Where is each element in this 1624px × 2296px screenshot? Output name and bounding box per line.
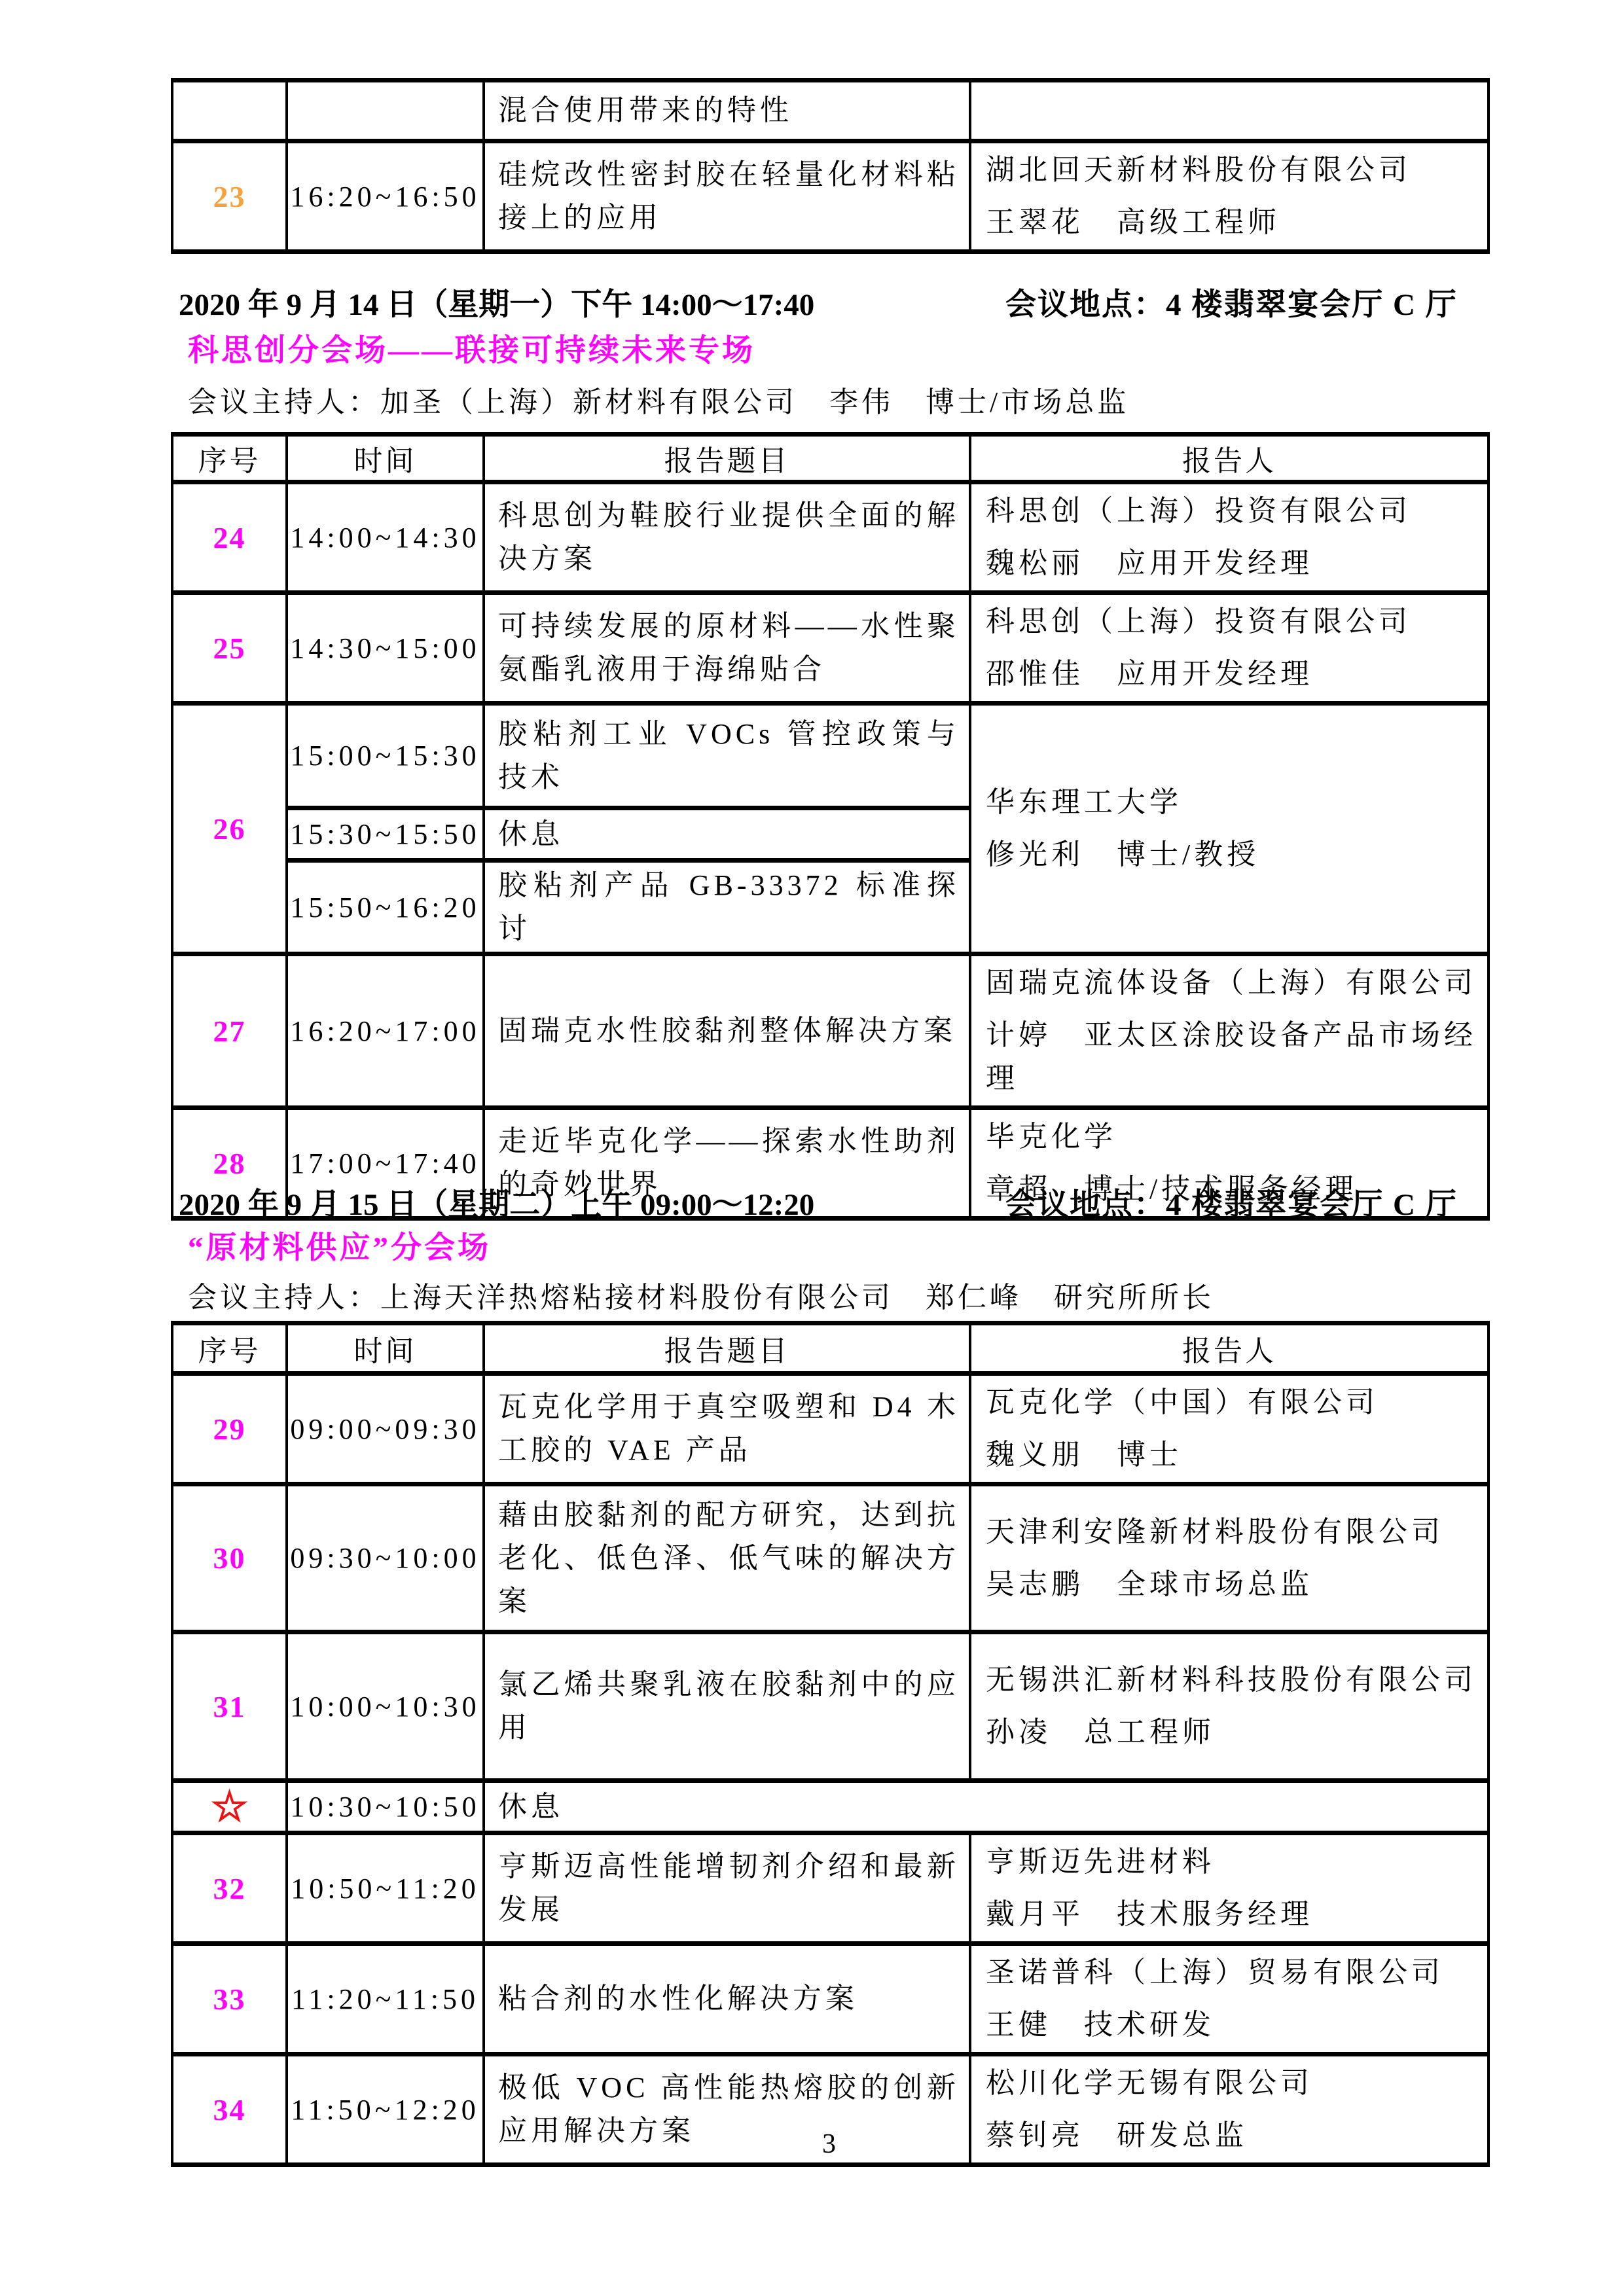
- table-row: 23 16:20~16:50 硅烷改性密封胶在轻量化材料粘接上的应用 湖北回天新…: [172, 141, 1489, 252]
- row-no-cell: 29: [172, 1374, 287, 1484]
- session1-heading: 2020 年 9 月 14 日（星期一）下午 14:00～17:40 会议地点：…: [179, 286, 1488, 324]
- session2-heading: 2020 年 9 月 15 日（星期二）上午 09:00～12:20 会议地点：…: [179, 1186, 1488, 1224]
- talk-number: 31: [213, 1690, 246, 1723]
- row-no-cell: 25: [172, 593, 287, 704]
- schedule-table-session1: 序号 时间 报告题目 报告人 24 14:00~14:30 科思创为鞋胶行业提供…: [171, 432, 1490, 1221]
- talk-title: 氯乙烯共聚乳液在胶黏剂中的应用: [498, 1663, 960, 1749]
- row-title-cell: 胶粘剂工业 VOCs 管控政策与技术: [484, 704, 970, 808]
- table-row: 32 10:50~11:20 亨斯迈高性能增韧剂介绍和最新发展 亨斯迈先进材料 …: [172, 1833, 1489, 1944]
- speaker-company: 圣诺普科（上海）贸易有限公司: [986, 1951, 1478, 1994]
- row-time-cell: 10:00~10:30: [287, 1632, 484, 1781]
- row-time-cell: 15:00~15:30: [287, 704, 484, 808]
- row-time-cell: 14:00~14:30: [287, 482, 484, 593]
- table-header-row: 序号 时间 报告题目 报告人: [172, 435, 1489, 482]
- break-label: 休息: [498, 1785, 1478, 1829]
- row-title-cell: 可持续发展的原材料——水性聚氨酯乳液用于海绵贴合: [484, 593, 970, 704]
- speaker-person: 戴月平 技术服务经理: [986, 1893, 1478, 1936]
- row-time-cell: 09:30~10:00: [287, 1484, 484, 1632]
- row-no-cell: 32: [172, 1833, 287, 1944]
- talk-title: 粘合剂的水性化解决方案: [498, 1977, 960, 2020]
- session1-venue: 会议地点：4 楼翡翠宴会厅 C 厅: [1005, 286, 1458, 324]
- speaker-person: 王翠花 高级工程师: [986, 201, 1478, 244]
- talk-number: 28: [213, 1147, 246, 1180]
- row-no-cell: 23: [172, 141, 287, 252]
- row-time-cell: [287, 81, 484, 141]
- speaker-company: 湖北回天新材料股份有限公司: [986, 149, 1478, 192]
- row-no-cell: 30: [172, 1484, 287, 1632]
- talk-number: 27: [213, 1014, 246, 1048]
- speaker-person: 邵惟佳 应用开发经理: [986, 653, 1478, 696]
- speaker-company: 瓦克化学（中国）有限公司: [986, 1381, 1478, 1424]
- row-speaker-cell: 天津利安隆新材料股份有限公司 吴志鹏 全球市场总监: [970, 1484, 1489, 1632]
- row-no-cell: 24: [172, 482, 287, 593]
- session2-subtitle: “原材料供应”分会场: [188, 1230, 491, 1266]
- row-no-cell: 27: [172, 954, 287, 1108]
- talk-title: 藉由胶黏剂的配方研究，达到抗老化、低色泽、低气味的解决方案: [498, 1494, 960, 1623]
- table-row: 33 11:20~11:50 粘合剂的水性化解决方案 圣诺普科（上海）贸易有限公…: [172, 1944, 1489, 2054]
- table-row: 24 14:00~14:30 科思创为鞋胶行业提供全面的解决方案 科思创（上海）…: [172, 482, 1489, 593]
- row-title-cell: 亨斯迈高性能增韧剂介绍和最新发展: [484, 1833, 970, 1944]
- talk-number: 23: [213, 180, 246, 213]
- row-title-cell: 混合使用带来的特性: [484, 81, 970, 141]
- row-no-cell: 33: [172, 1944, 287, 2054]
- header-no: 序号: [172, 1323, 287, 1374]
- header-time: 时间: [287, 1323, 484, 1374]
- speaker-person: 魏松丽 应用开发经理: [986, 542, 1478, 585]
- row-no-cell: 31: [172, 1632, 287, 1781]
- table-row: 31 10:00~10:30 氯乙烯共聚乳液在胶黏剂中的应用 无锡洪汇新材料科技…: [172, 1632, 1489, 1781]
- speaker-company: 无锡洪汇新材料科技股份有限公司: [986, 1659, 1478, 1702]
- row-speaker-cell: 瓦克化学（中国）有限公司 魏义朋 博士: [970, 1374, 1489, 1484]
- row-speaker-cell: 固瑞克流体设备（上海）有限公司 计婷 亚太区涂胶设备产品市场经理: [970, 954, 1489, 1108]
- table-row-break: ☆ 10:30~10:50 休息: [172, 1781, 1489, 1833]
- header-title: 报告题目: [484, 435, 970, 482]
- header-speaker: 报告人: [970, 1323, 1489, 1374]
- row-title-cell: 瓦克化学用于真空吸塑和 D4 木工胶的 VAE 产品: [484, 1374, 970, 1484]
- row-speaker-cell: 科思创（上海）投资有限公司 邵惟佳 应用开发经理: [970, 593, 1489, 704]
- row-title-cell: 粘合剂的水性化解决方案: [484, 1944, 970, 2054]
- row-time-cell: 15:30~15:50: [287, 808, 484, 861]
- talk-title: 科思创为鞋胶行业提供全面的解决方案: [498, 494, 960, 581]
- speaker-person: 孙凌 总工程师: [986, 1711, 1478, 1754]
- row-time-cell: 14:30~15:00: [287, 593, 484, 704]
- speaker-person: 吴志鹏 全球市场总监: [986, 1563, 1478, 1606]
- session2-date: 2020 年 9 月 15 日（星期二）上午 09:00～12:20: [179, 1188, 814, 1222]
- speaker-person: 修光利 博士/教授: [986, 833, 1478, 876]
- header-no: 序号: [172, 435, 287, 482]
- speaker-company: 毕克化学: [986, 1115, 1478, 1158]
- row-time-cell: 16:20~16:50: [287, 141, 484, 252]
- session1-date: 2020 年 9 月 14 日（星期一）下午 14:00～17:40: [179, 288, 814, 322]
- row-title-cell: 胶粘剂产品 GB-33372 标准探讨: [484, 861, 970, 954]
- talk-title: 胶粘剂产品 GB-33372 标准探讨: [498, 864, 960, 950]
- talk-number: 30: [213, 1541, 246, 1575]
- table-row: 25 14:30~15:00 可持续发展的原材料——水性聚氨酯乳液用于海绵贴合 …: [172, 593, 1489, 704]
- talk-title: 固瑞克水性胶黏剂整体解决方案: [498, 1009, 960, 1052]
- row-title-cell: 硅烷改性密封胶在轻量化材料粘接上的应用: [484, 141, 970, 252]
- row-no-cell: 26: [172, 704, 287, 954]
- talk-number: 26: [213, 812, 246, 846]
- row-time-cell: 11:20~11:50: [287, 1944, 484, 2054]
- speaker-company: 天津利安隆新材料股份有限公司: [986, 1511, 1478, 1554]
- schedule-table-session2: 序号 时间 报告题目 报告人 29 09:00~09:30 瓦克化学用于真空吸塑…: [171, 1321, 1490, 2167]
- row-time-cell: 09:00~09:30: [287, 1374, 484, 1484]
- talk-title: 可持续发展的原材料——水性聚氨酯乳液用于海绵贴合: [498, 605, 960, 691]
- row-time-cell: 15:50~16:20: [287, 861, 484, 954]
- speaker-company: 科思创（上海）投资有限公司: [986, 490, 1478, 533]
- talk-number: 25: [213, 632, 246, 665]
- row-speaker-cell: 亨斯迈先进材料 戴月平 技术服务经理: [970, 1833, 1489, 1944]
- row-no-cell: [172, 81, 287, 141]
- speaker-person: 计婷 亚太区涂胶设备产品市场经理: [986, 1014, 1478, 1100]
- star-icon: ☆: [211, 1784, 248, 1830]
- speaker-company: 华东理工大学: [986, 781, 1478, 824]
- talk-number: 34: [213, 2093, 246, 2126]
- talk-title: 混合使用带来的特性: [498, 89, 960, 132]
- speaker-company: 固瑞克流体设备（上海）有限公司: [986, 961, 1478, 1005]
- row-title-cell: 藉由胶黏剂的配方研究，达到抗老化、低色泽、低气味的解决方案: [484, 1484, 970, 1632]
- page-number: 3: [171, 2128, 1487, 2160]
- talk-number: 24: [213, 521, 246, 554]
- header-time: 时间: [287, 435, 484, 482]
- table-row: 混合使用带来的特性: [172, 81, 1489, 141]
- document-page: 混合使用带来的特性 23 16:20~16:50 硅烷改性密封胶在轻量化材料粘接…: [0, 0, 1624, 2296]
- row-time-cell: 16:20~17:00: [287, 954, 484, 1108]
- speaker-person: 魏义朋 博士: [986, 1433, 1478, 1477]
- session1-host: 会议主持人：加圣（上海）新材料有限公司 李伟 博士/市场总监: [188, 385, 1129, 420]
- row-speaker-cell: 无锡洪汇新材料科技股份有限公司 孙凌 总工程师: [970, 1632, 1489, 1781]
- speaker-company: 科思创（上海）投资有限公司: [986, 600, 1478, 643]
- row-speaker-cell: 科思创（上海）投资有限公司 魏松丽 应用开发经理: [970, 482, 1489, 593]
- row-speaker-cell: 湖北回天新材料股份有限公司 王翠花 高级工程师: [970, 141, 1489, 252]
- talk-title: 瓦克化学用于真空吸塑和 D4 木工胶的 VAE 产品: [498, 1386, 960, 1472]
- row-speaker-cell: 华东理工大学 修光利 博士/教授: [970, 704, 1489, 954]
- row-speaker-cell: 圣诺普科（上海）贸易有限公司 王健 技术研发: [970, 1944, 1489, 2054]
- table-row: 29 09:00~09:30 瓦克化学用于真空吸塑和 D4 木工胶的 VAE 产…: [172, 1374, 1489, 1484]
- speaker-person: 王健 技术研发: [986, 2003, 1478, 2047]
- row-title-cell: 科思创为鞋胶行业提供全面的解决方案: [484, 482, 970, 593]
- speaker-company: 亨斯迈先进材料: [986, 1840, 1478, 1884]
- table-row: 27 16:20~17:00 固瑞克水性胶黏剂整体解决方案 固瑞克流体设备（上海…: [172, 954, 1489, 1108]
- header-title: 报告题目: [484, 1323, 970, 1374]
- row-title-cell: 休息: [484, 1781, 1489, 1833]
- row-speaker-cell: [970, 81, 1489, 141]
- talk-number: 29: [213, 1412, 246, 1446]
- row-title-cell: 休息: [484, 808, 970, 861]
- table-header-row: 序号 时间 报告题目 报告人: [172, 1323, 1489, 1374]
- table-row: 26 15:00~15:30 胶粘剂工业 VOCs 管控政策与技术 华东理工大学…: [172, 704, 1489, 808]
- talk-number: 32: [213, 1872, 246, 1905]
- row-time-cell: 10:50~11:20: [287, 1833, 484, 1944]
- schedule-table-continuation: 混合使用带来的特性 23 16:20~16:50 硅烷改性密封胶在轻量化材料粘接…: [171, 78, 1490, 254]
- session2-venue: 会议地点：4 楼翡翠宴会厅 C 厅: [1005, 1186, 1458, 1224]
- row-title-cell: 氯乙烯共聚乳液在胶黏剂中的应用: [484, 1632, 970, 1781]
- talk-number: 33: [213, 1982, 246, 2016]
- talk-title: 休息: [498, 813, 960, 856]
- session2-host: 会议主持人：上海天洋热熔粘接材料股份有限公司 郑仁峰 研究所所长: [188, 1280, 1214, 1316]
- speaker-company: 松川化学无锡有限公司: [986, 2062, 1478, 2105]
- talk-title: 亨斯迈高性能增韧剂介绍和最新发展: [498, 1845, 960, 1931]
- table-row: 30 09:30~10:00 藉由胶黏剂的配方研究，达到抗老化、低色泽、低气味的…: [172, 1484, 1489, 1632]
- talk-title: 胶粘剂工业 VOCs 管控政策与技术: [498, 713, 960, 799]
- session1-subtitle: 科思创分会场——联接可持续未来专场: [188, 332, 755, 369]
- talk-title: 硅烷改性密封胶在轻量化材料粘接上的应用: [498, 153, 960, 240]
- header-speaker: 报告人: [970, 435, 1489, 482]
- row-no-cell: ☆: [172, 1781, 287, 1833]
- row-title-cell: 固瑞克水性胶黏剂整体解决方案: [484, 954, 970, 1108]
- row-time-cell: 10:30~10:50: [287, 1781, 484, 1833]
